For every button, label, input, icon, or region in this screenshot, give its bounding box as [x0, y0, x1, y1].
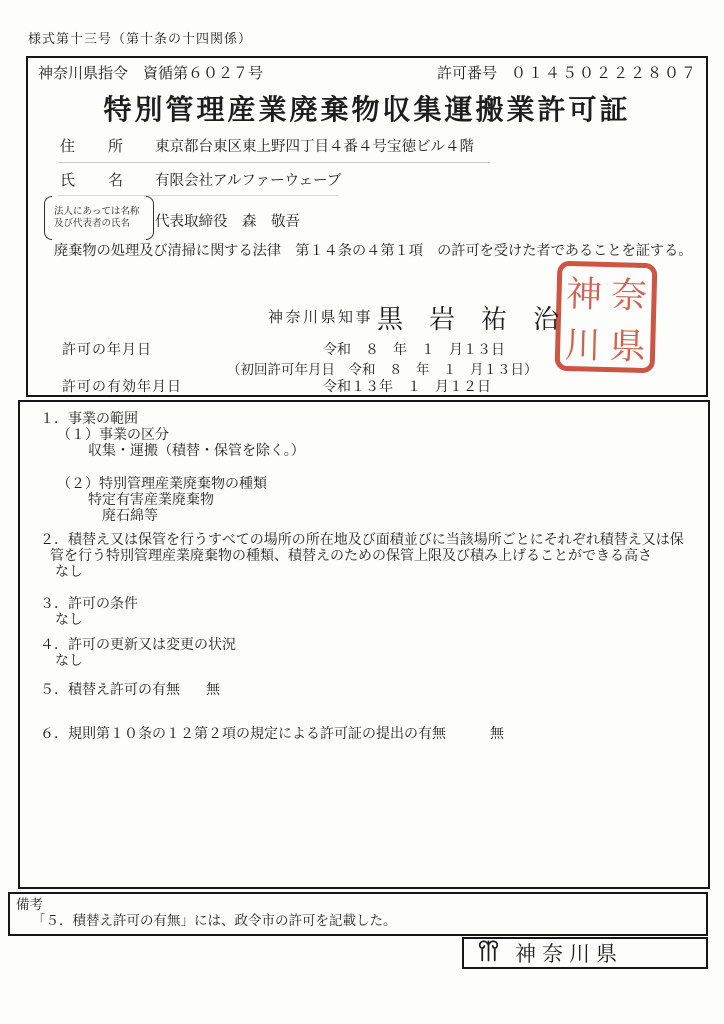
item-6-answer: 無: [490, 727, 504, 742]
address-underline: [58, 162, 490, 163]
name-label: 氏 名: [60, 169, 124, 190]
permit-number-label: 許可番号: [437, 62, 497, 83]
item-5-label: ５．積替え許可の有無: [40, 683, 180, 698]
item-1-1-category-value: 収集・運搬（積替・保管を除く。）: [40, 444, 690, 460]
permit-number-value: ０１４５０２２２８０７: [511, 62, 698, 83]
directive-number: 神奈川県指令 資循第６０２７号: [38, 62, 263, 83]
remarks-box: 備考 「５．積替え許可の有無」には、政令市の許可を記載した。: [8, 892, 708, 936]
item-3-permit-conditions: ３．許可の条件: [40, 597, 690, 613]
kanagawa-emblem-icon: [476, 938, 501, 968]
issue-date-value: 令和 ８ 年 １ 月１３日: [323, 339, 505, 359]
official-seal: 神 奈 川 県: [555, 261, 658, 374]
address-label: 住 所: [60, 135, 124, 156]
item-2-transfer-storage: ２．積替え又は保管を行うすべての場所の所在地及び面積並びに当該場所ごとにそれぞれ…: [40, 533, 684, 565]
item-5-answer: 無: [206, 683, 220, 698]
item-6-label: ６．規則第１０条の１２第２項の規定による許可証の提出の有無: [40, 727, 446, 742]
item-4-answer: なし: [40, 654, 690, 670]
item-1-2-waste-type-detail: 廃石綿等: [40, 509, 690, 525]
seal-character: 奈: [606, 267, 652, 319]
certificate-title: 特別管理産業廃棄物収集運搬業許可証: [28, 88, 706, 128]
prefecture-name: 神奈川県: [515, 938, 623, 968]
seal-character: 川: [560, 317, 606, 369]
governor-title: 神奈川県知事: [268, 306, 373, 327]
corporation-note-line2: 及び代表者の氏名: [54, 218, 144, 230]
item-1-1-category-label: （１）事業の区分: [40, 428, 690, 444]
expiry-date-label: 許可の有効年月日: [62, 376, 182, 396]
item-2-answer: なし: [40, 565, 690, 581]
item-6-certificate-submission: ６．規則第１０条の１２第２項の規定による許可証の提出の有無無: [40, 727, 690, 743]
name-value: 有限会社アルファーウェーブ: [155, 169, 341, 190]
address-value: 東京都台東区東上野四丁目４番４号宝徳ビル４階: [155, 135, 474, 156]
item-1-2-waste-type-label: （２）特別管理産業廃棄物の種類: [40, 477, 690, 493]
expiry-date-value: 令和１３年 １ 月１２日: [323, 376, 491, 396]
representative-value: 代表取締役 森 敬吾: [155, 210, 300, 231]
permit-number-group: 許可番号 ０１４５０２２２８０７: [437, 62, 698, 83]
corporation-note: 法人にあっては名称 及び代表者の氏名: [44, 196, 154, 240]
item-1-business-scope: １．事業の範囲: [40, 412, 690, 428]
first-issue-date: （初回許可年月日 令和 ８ 年 １ 月１３日）: [227, 358, 538, 378]
corporation-note-line1: 法人にあっては名称: [54, 206, 144, 218]
form-number-note: 様式第十三号（第十条の十四関係）: [28, 28, 252, 47]
item-1-2-waste-type-value: 特定有害産業廃棄物: [40, 493, 690, 509]
seal-character: 県: [605, 318, 651, 370]
item-5-transfer-permit: ５．積替え許可の有無無: [40, 683, 690, 699]
remarks-label: 備考: [16, 897, 698, 913]
item-4-renewal-status: ４．許可の更新又は変更の状況: [40, 638, 690, 654]
permit-conditions-box: １．事業の範囲 （１）事業の区分 収集・運搬（積替・保管を除く。） （２）特別管…: [18, 400, 710, 889]
certificate-header-row: 神奈川県指令 資循第６０２７号 許可番号 ０１４５０２２２８０７: [38, 62, 698, 83]
certificate-main-box: 神奈川県指令 資循第６０２７号 許可番号 ０１４５０２２２８０７ 特別管理産業廃…: [26, 56, 708, 397]
remarks-text: 「５．積替え許可の有無」には、政令市の許可を記載した。: [16, 913, 698, 929]
certification-statement: 廃棄物の処理及び清掃に関する法律 第１４条の４第１項 の許可を受けた者であること…: [54, 240, 692, 260]
issue-date-label: 許可の年月日: [62, 339, 152, 359]
governor-name: 黒 岩 祐 治: [377, 299, 559, 336]
item-3-answer: なし: [40, 613, 690, 629]
prefecture-footer-box: 神奈川県: [462, 937, 708, 969]
seal-character: 神: [561, 266, 607, 318]
